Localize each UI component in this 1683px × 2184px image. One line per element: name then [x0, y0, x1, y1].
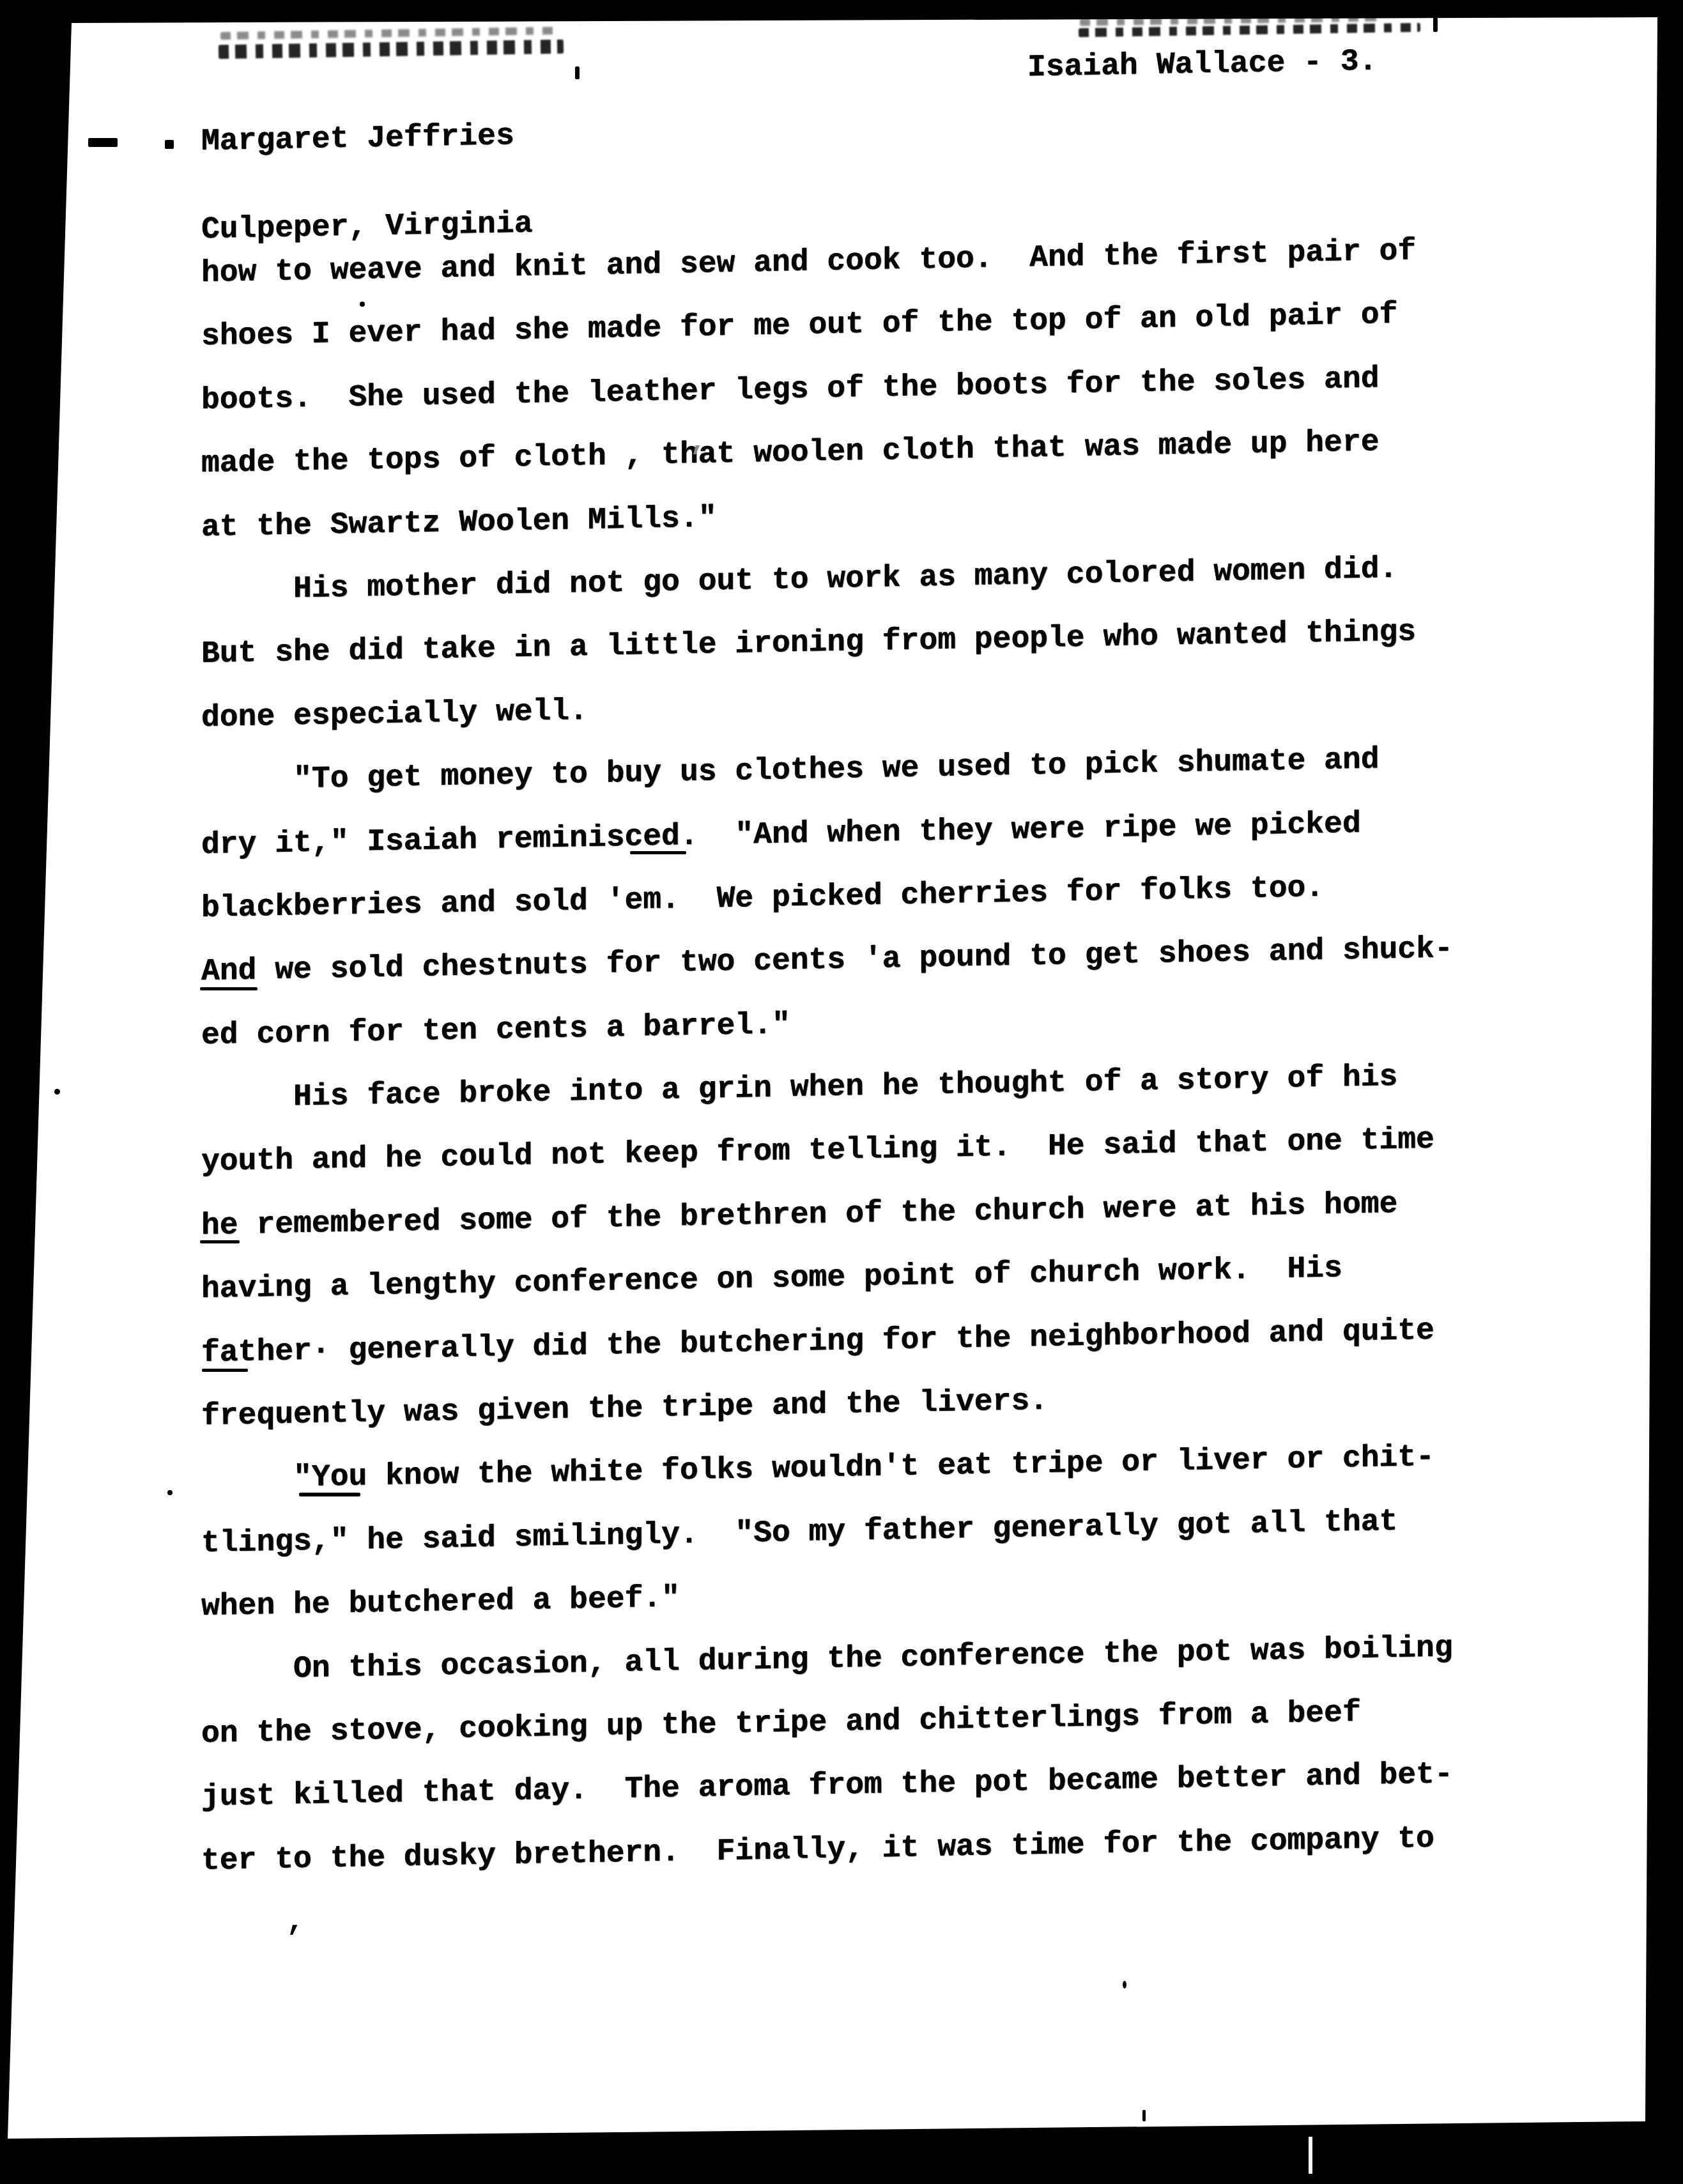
- scan-artifact-dot: [54, 1089, 60, 1095]
- scan-artifact-white-bar: [1309, 2137, 1312, 2174]
- scan-background: { "colors": { "scan_border": "#000000", …: [0, 0, 1683, 2184]
- scan-artifact-faint-comma: ,: [690, 427, 703, 459]
- scan-artifact-bar: [202, 1369, 248, 1372]
- scan-artifact-smudge-heavy: [219, 40, 564, 59]
- scan-artifact-bar: [200, 1240, 240, 1243]
- scan-artifact-bar: [200, 987, 257, 990]
- scan-artifact-bar: [1142, 2110, 1146, 2121]
- scan-artifact-dot: [360, 302, 365, 307]
- scan-artifact-bar: [630, 851, 686, 854]
- scan-artifact-smudge-light: [220, 27, 559, 40]
- scan-artifact-comma: ,: [286, 1904, 299, 1942]
- scan-artifact-bar: [165, 140, 174, 149]
- scan-artifact-bar: [88, 138, 118, 147]
- scan-artifact-dot: [1123, 1981, 1126, 1988]
- scan-artifact-dot: [167, 1490, 173, 1495]
- scan-artifact-bar: [1433, 15, 1438, 32]
- scan-artifact-bar: [575, 66, 580, 79]
- artifacts-layer: ,,: [0, 0, 1683, 2184]
- scan-artifact-bar: [299, 1493, 360, 1496]
